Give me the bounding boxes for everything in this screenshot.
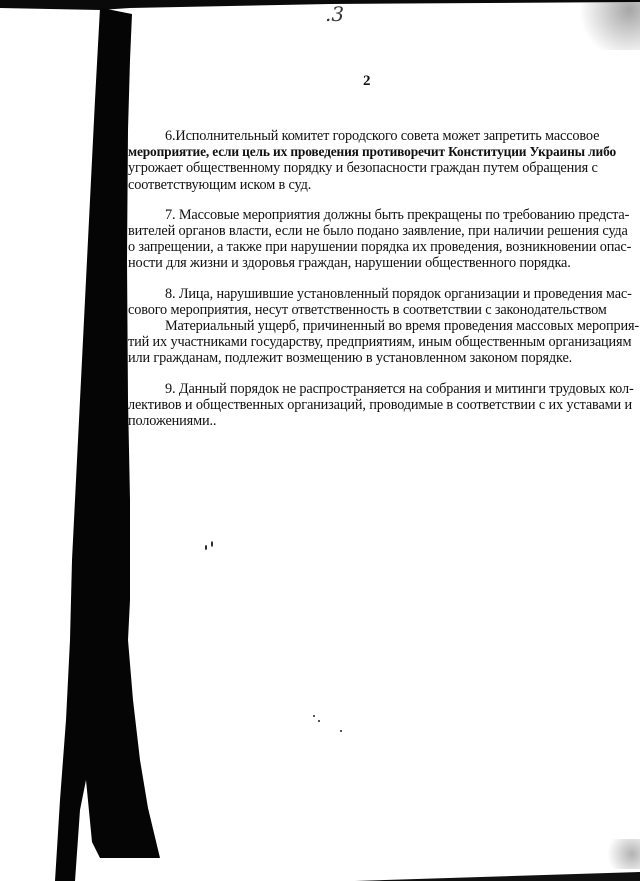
text-line: или гражданам, подлежит возмещению в уст… [128,350,628,366]
text-line: Материальный ущерб, причиненный во время… [128,318,628,334]
document-body: 6.Исполнительный комитет городского сове… [128,128,628,443]
text-line: лективов и общественных организаций, про… [128,397,628,413]
text-line: 9. Данный порядок не распространяется на… [128,381,628,397]
text-line: тий их участниками государству, предприя… [128,334,628,350]
text-line: мероприятие, если цель их проведения про… [128,144,628,160]
text-line: 7. Массовые мероприятия должны быть прек… [128,207,628,223]
text-line: ности для жизни и здоровья граждан, нару… [128,255,628,271]
text-line: положениями.. [128,413,628,429]
scan-speck [313,715,315,717]
text-line: о запрещении, а также при нарушении поря… [128,239,628,255]
paragraph-7: 7. Массовые мероприятия должны быть прек… [128,207,628,272]
page-number: 2 [363,73,371,90]
paragraph-9: 9. Данный порядок не распространяется на… [128,381,628,430]
text-line: соответствующим иском в суд. [128,177,628,193]
paragraph-8: 8. Лица, нарушившие установленный порядо… [128,286,628,367]
paragraph-6: 6.Исполнительный комитет городского сове… [128,128,628,193]
text-line: вителей органов власти, если не было под… [128,223,628,239]
scan-speck [318,720,320,722]
text-line: сового мероприятия, несут ответственност… [128,302,628,318]
handwritten-page-mark: .3 [325,2,344,26]
text-line: угрожает общественному порядку и безопас… [128,160,628,176]
scan-speck [340,730,342,732]
text-line: 6.Исполнительный комитет городского сове… [128,128,628,144]
scan-speck [205,545,207,550]
scan-speck [211,541,213,547]
text-line: 8. Лица, нарушившие установленный порядо… [128,286,628,302]
